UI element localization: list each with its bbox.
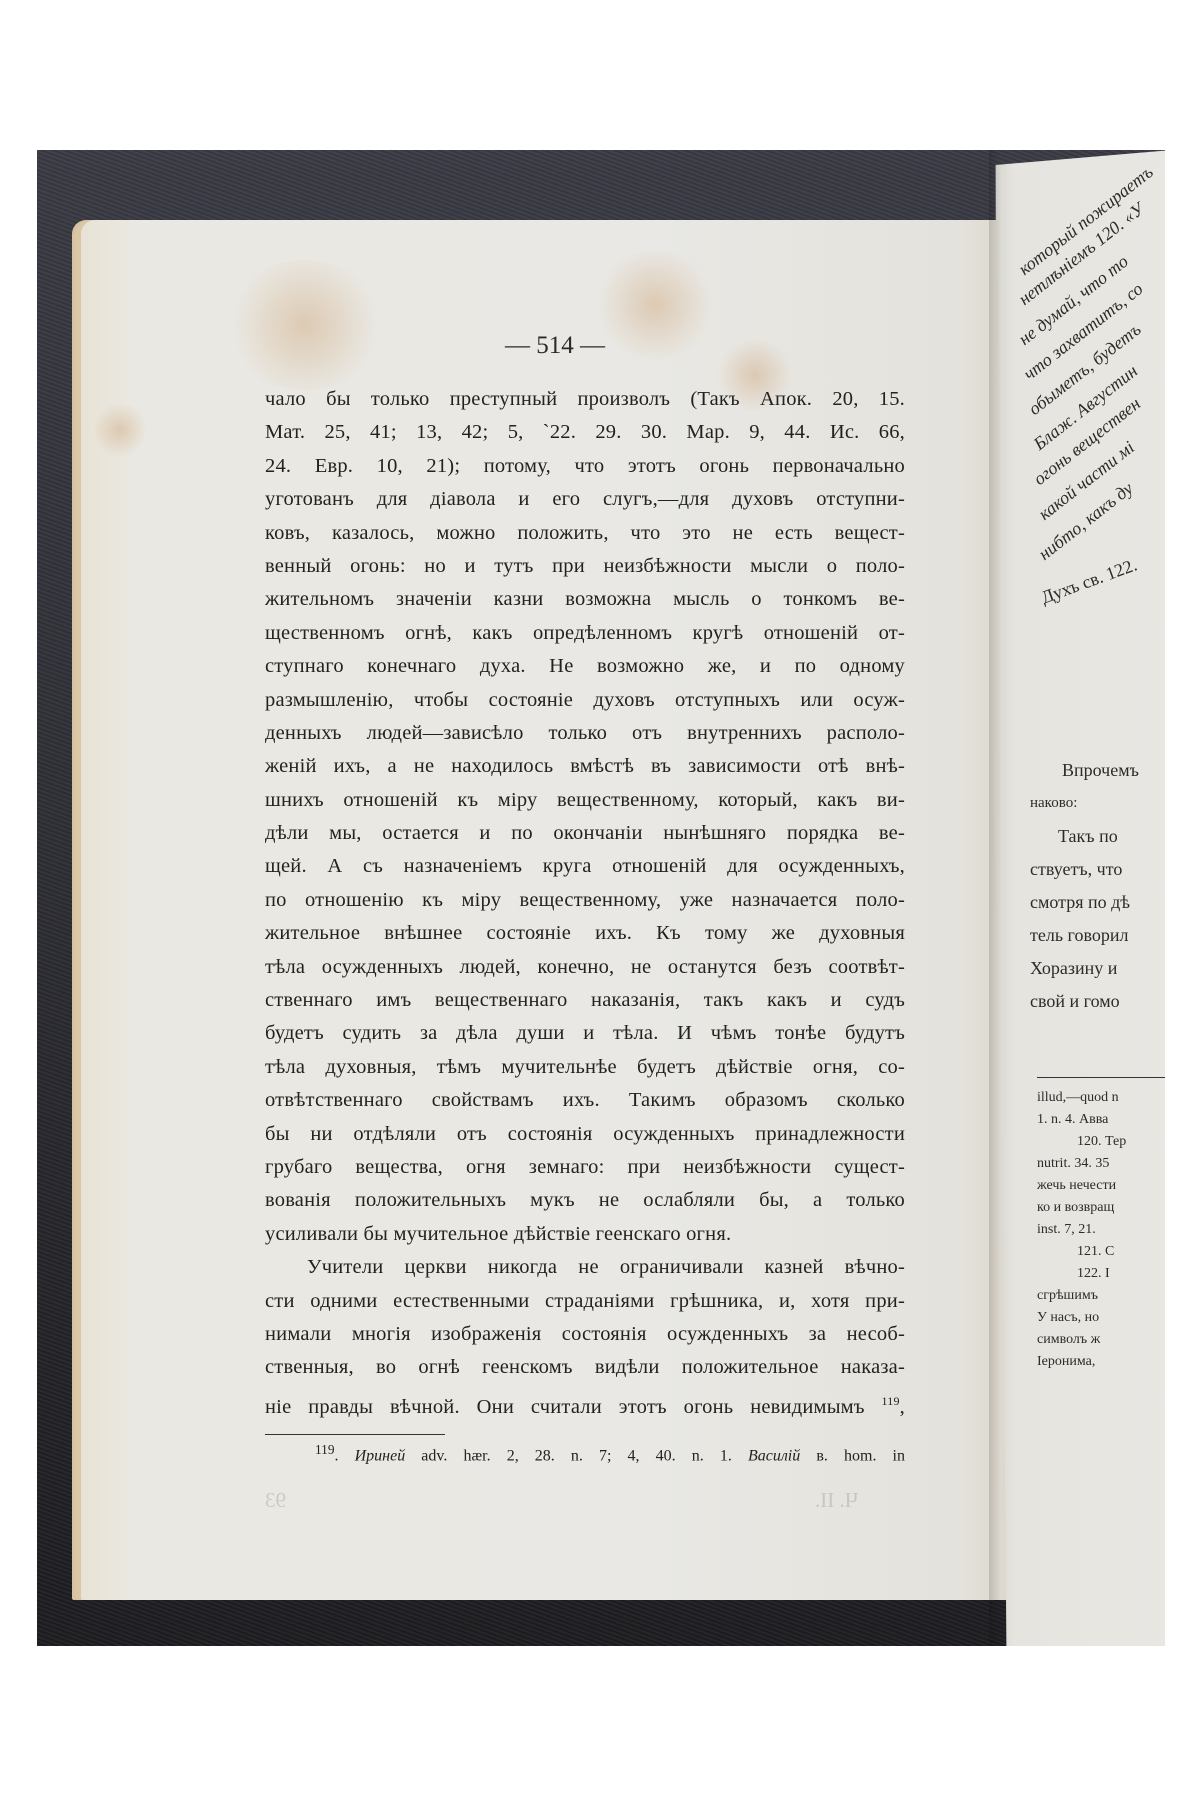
text-line: размышленію, чтобы состояніе духовъ отст…: [265, 684, 905, 717]
right-page-footnotes: illud,—quod n 1. n. 4. Авва 120. Тер nut…: [1037, 1087, 1126, 1373]
footnote-number: 119: [315, 1442, 335, 1457]
text-line: Мат. 25, 41; 13, 42; 5, `22. 29. 30. Мар…: [265, 416, 905, 449]
footnote-line: символъ ж: [1037, 1329, 1126, 1351]
text-line: уготованъ для діавола и его слугъ,—для д…: [265, 483, 905, 516]
footnote-line: Іеронима,: [1037, 1351, 1126, 1373]
text-line: жительномъ значеніи казни возможна мысль…: [265, 583, 905, 616]
book-photo: — 514 — чало бы только преступный произв…: [37, 150, 1165, 1646]
text-line: будетъ судить за дѣла души и тѣла. И чѣм…: [265, 1017, 905, 1050]
text-line: дѣли мы, остается и по окончаніи нынѣшня…: [265, 817, 905, 850]
text-line: тѣла духовныя, тѣмъ мучительнѣе будетъ д…: [265, 1051, 905, 1084]
footnote-line: 122. I: [1037, 1263, 1126, 1285]
book-gutter: [989, 150, 1001, 1646]
footnote-line: nutrit. 34. 35: [1037, 1153, 1126, 1175]
footnote-line: сгрѣшимъ: [1037, 1285, 1126, 1307]
footnote-line: 121. С: [1037, 1241, 1126, 1263]
text-line: щественномъ огнѣ, какъ опредѣленномъ кру…: [265, 617, 905, 650]
text-line: наково:: [1030, 787, 1139, 820]
right-page-body-text: Впрочемъ наково: Такъ по ствуетъ, что см…: [1030, 754, 1139, 1018]
footnote-line: inst. 7, 21.: [1037, 1219, 1126, 1241]
text-line: щей. А съ назначеніемъ круга отношеній д…: [265, 850, 905, 883]
left-page: — 514 — чало бы только преступный произв…: [75, 220, 1035, 1600]
text-line: ственныя, во огнѣ геенскомъ видѣли полож…: [265, 1351, 905, 1384]
text-line: бы ни отдѣляли отъ состоянія осужденныхъ…: [265, 1118, 905, 1151]
text-line: ствуетъ, что: [1030, 853, 1139, 886]
text-line: ковъ, казалось, можно положить, что это …: [265, 517, 905, 550]
text-line: жительное внѣшнее состояніе ихъ. Къ тому…: [265, 917, 905, 950]
text-line: женій ихъ, а не находилось вмѣстѣ въ зав…: [265, 750, 905, 783]
text-segment: ніе правды вѣчной. Они считали этотъ ого…: [265, 1396, 865, 1418]
text-line: ственнаго имъ вещественнаго наказанія, т…: [265, 984, 905, 1017]
text-line: тѣла осужденныхъ людей, конечно, не оста…: [265, 951, 905, 984]
footnote-line: жечь нечести: [1037, 1175, 1126, 1197]
text-line-with-footnote-ref: ніе правды вѣчной. Они считали этотъ ого…: [265, 1385, 905, 1418]
text-line: нимали многія изображенія состоянія осуж…: [265, 1318, 905, 1351]
footnote-line: 120. Тер: [1037, 1131, 1126, 1153]
text-line: тель говорил: [1030, 919, 1139, 952]
footnote-ref: 119: [882, 1394, 900, 1408]
footnote-citation: adv. hær. 2, 28. n. 7; 4, 40. n. 1.: [405, 1447, 748, 1464]
page-number: — 514 —: [75, 332, 1035, 360]
footnote-divider: [1037, 1077, 1165, 1078]
text-line: сти одними естественными страданіями грѣ…: [265, 1285, 905, 1318]
text-line: Хоразину и: [1030, 952, 1139, 985]
text-line: свой и гомо: [1030, 985, 1139, 1018]
water-stain: [225, 260, 385, 390]
body-text: чало бы только преступный произволъ (Так…: [265, 383, 905, 1418]
text-line: вованія положительныхъ мукъ не ослабляли…: [265, 1184, 905, 1217]
text-line: 24. Евр. 10, 21); потому, что этотъ огон…: [265, 450, 905, 483]
text-line: венный огонь: но и тутъ при неизбѣжности…: [265, 550, 905, 583]
text-line: усиливали бы мучительное дѣйствіе геенск…: [265, 1218, 905, 1251]
paragraph-start-line: Учители церкви никогда не ограничивали к…: [265, 1251, 905, 1284]
water-stain: [95, 400, 145, 460]
footnote-line: ко и возвращ: [1037, 1197, 1126, 1219]
punctuation: ,: [900, 1396, 905, 1418]
footnote-line: У насъ, но: [1037, 1307, 1126, 1329]
text-line: по отношенію къ міру вещественному, уже …: [265, 884, 905, 917]
text-line: Впрочемъ: [1030, 754, 1139, 787]
text-line: смотря по дѣ: [1030, 886, 1139, 919]
text-line: отвѣтственнаго свойствамъ ихъ. Такимъ об…: [265, 1084, 905, 1117]
footnote-author: Василій: [748, 1447, 800, 1464]
footnote-line: illud,—quod n: [1037, 1087, 1126, 1109]
text-line: чало бы только преступный произволъ (Так…: [265, 383, 905, 416]
bleed-through-signature: Ч. II.: [815, 1488, 858, 1513]
footnote-divider: [265, 1434, 445, 1435]
footnote-citation: в. hom. in: [800, 1447, 905, 1464]
footnote-author: Ириней: [355, 1447, 406, 1464]
text-line: ступнаго конечнаго духа. Не возможно же,…: [265, 650, 905, 683]
text-line: Такъ по: [1030, 820, 1139, 853]
footnote: 119. Ириней adv. hær. 2, 28. n. 7; 4, 40…: [315, 1442, 905, 1465]
text-line: денныхъ людей—зависѣло только отъ внутре…: [265, 717, 905, 750]
text-line: шнихъ отношеній къ міру вещественному, к…: [265, 784, 905, 817]
footnote-line: 1. n. 4. Авва: [1037, 1109, 1126, 1131]
text-line: грубаго вещества, огня земнаго: при неиз…: [265, 1151, 905, 1184]
bleed-through-signature: 93: [265, 1488, 286, 1513]
